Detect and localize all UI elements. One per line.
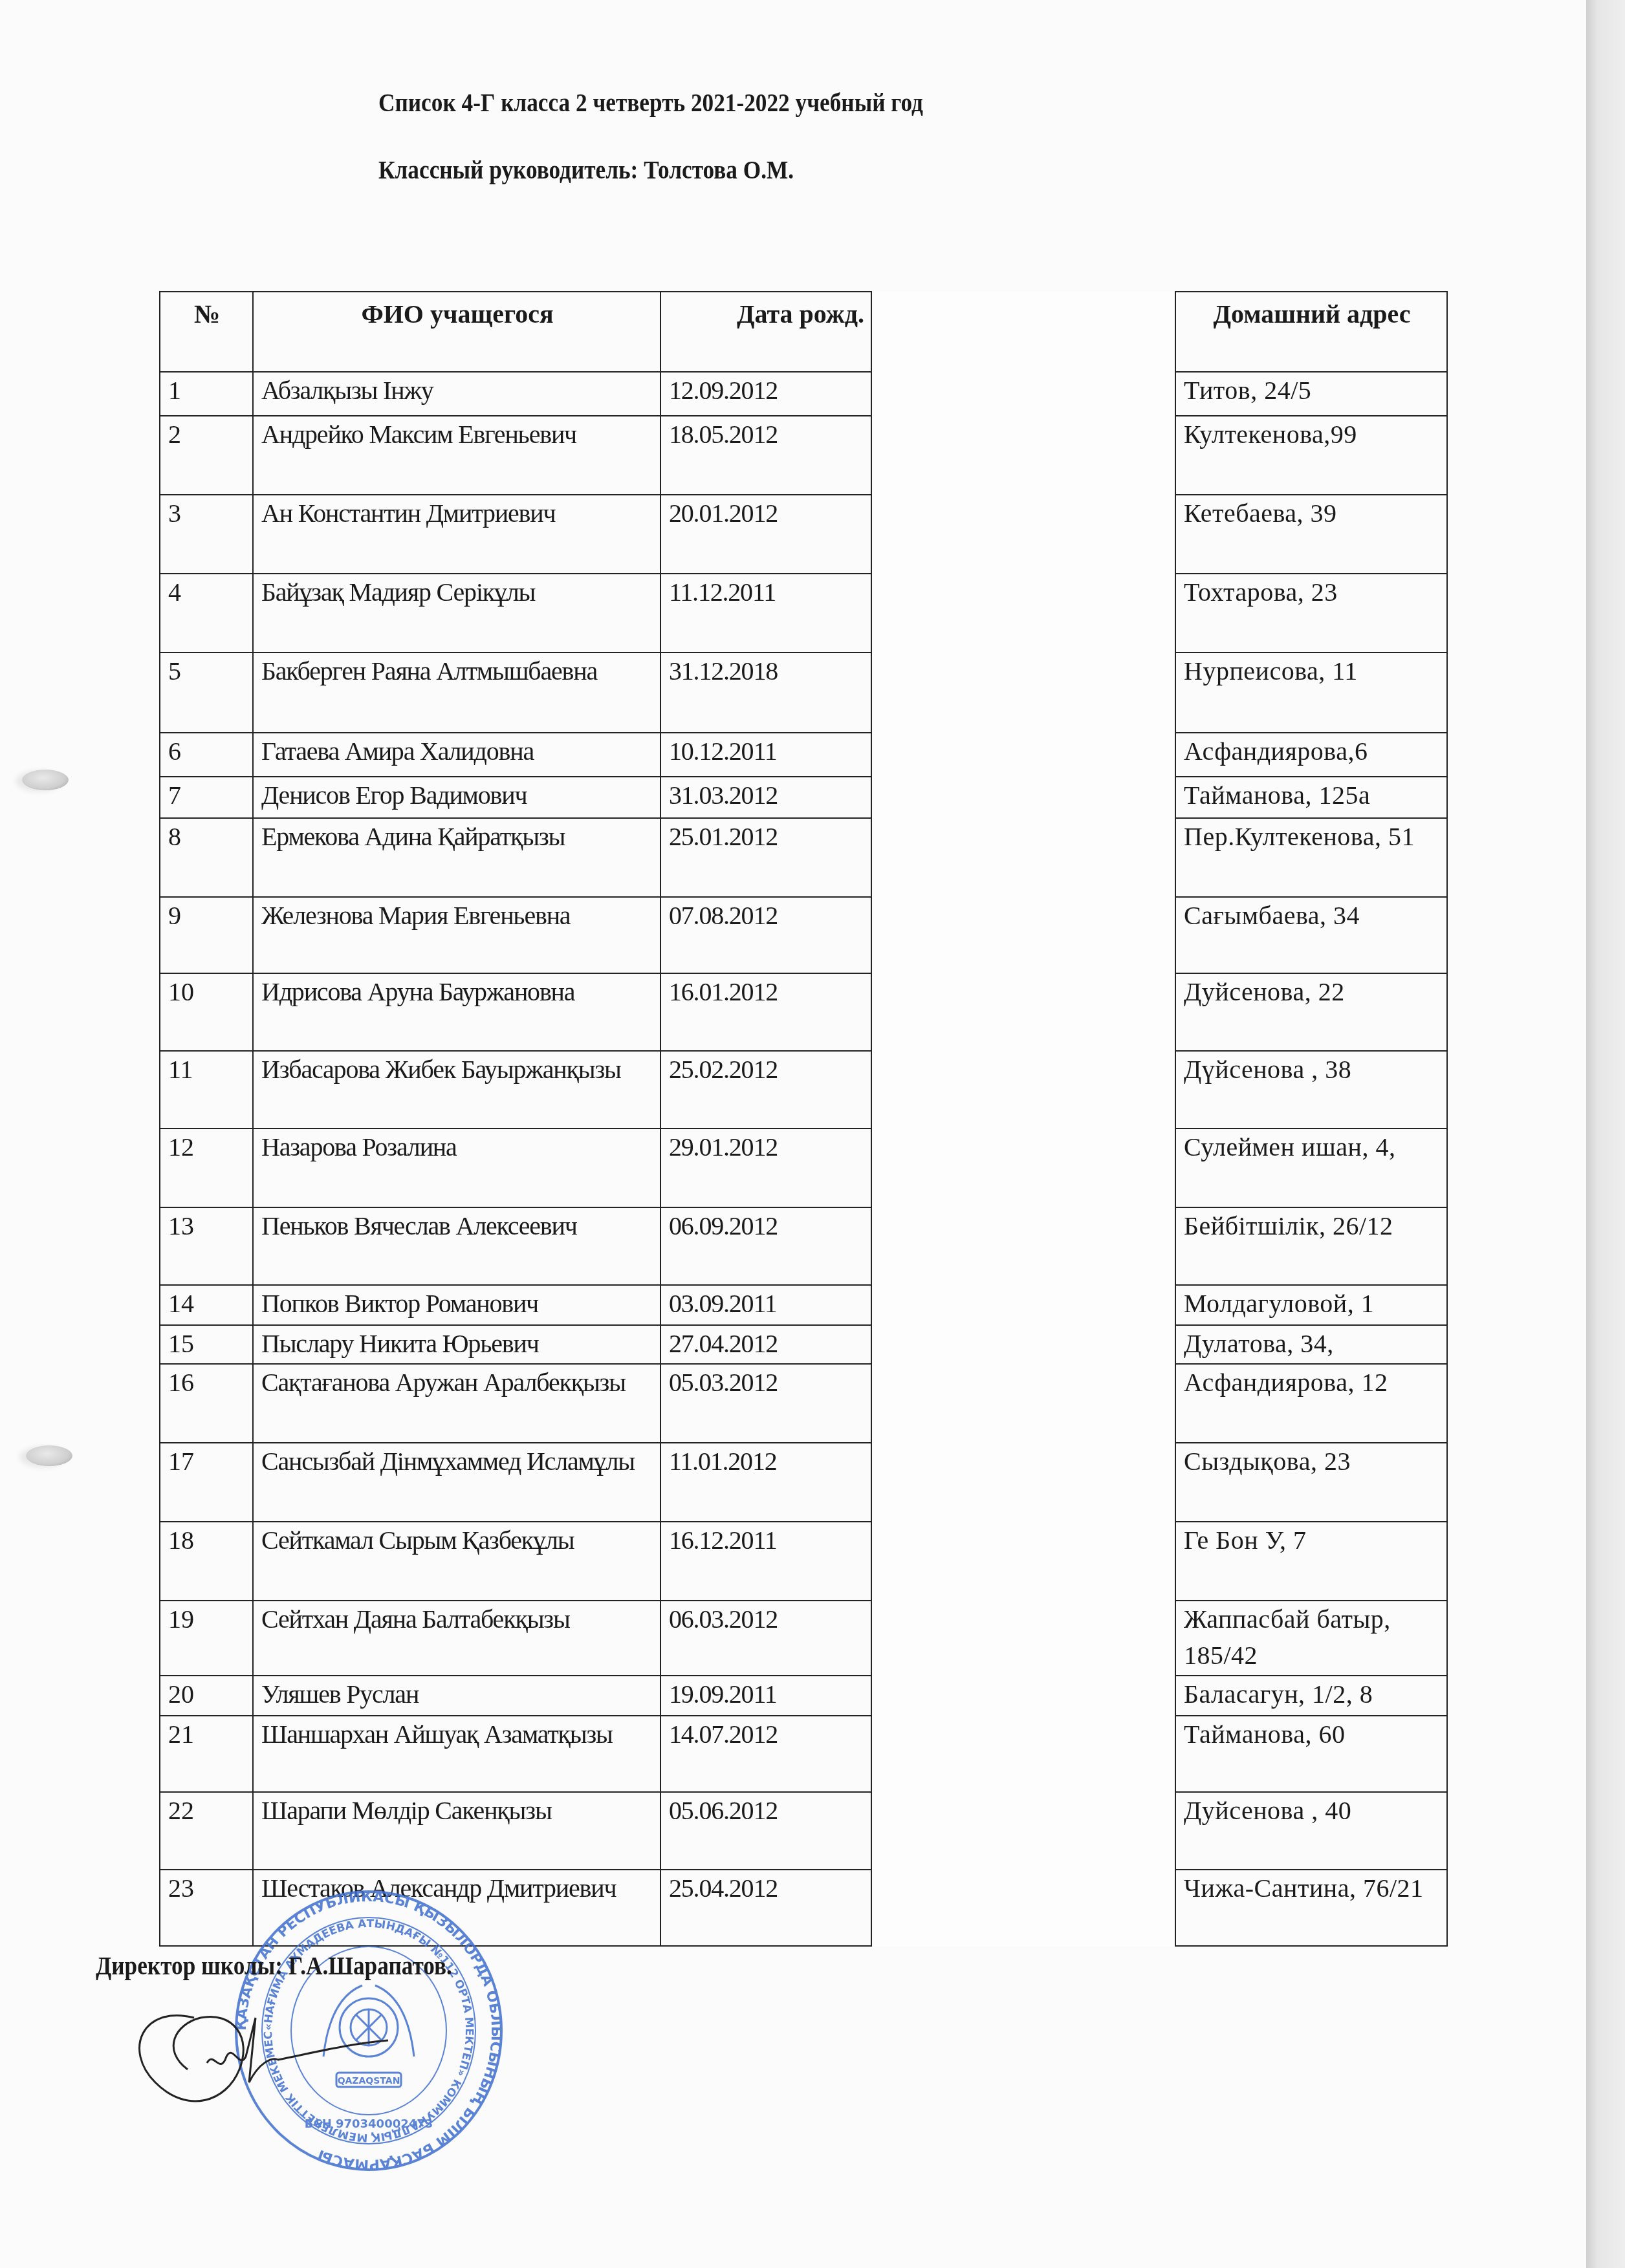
row-number: 2	[160, 416, 253, 495]
student-name: Пыслару Никита Юрьевич	[253, 1325, 660, 1364]
row-number: 7	[160, 777, 253, 818]
row-number: 14	[160, 1285, 253, 1325]
student-table: № ФИО учащегося Дата рожд. Домашний адре…	[159, 291, 1448, 1947]
row-number: 12	[160, 1129, 253, 1207]
student-address: Нурпеисова, 11	[1175, 653, 1447, 733]
blank-cell	[871, 1522, 1175, 1601]
table-row: 19Сейтхан Даяна Балтабекқызы06.03.2012Жа…	[160, 1601, 1447, 1676]
row-number: 6	[160, 733, 253, 777]
student-address: Асфандиярова,6	[1175, 733, 1447, 777]
row-number: 17	[160, 1443, 253, 1522]
table-row: 20Уляшев Руслан19.09.2011Баласагун, 1/2,…	[160, 1676, 1447, 1716]
table-row: 1Абзалқызы Інжу12.09.2012Титов, 24/5	[160, 372, 1447, 416]
student-name: Назарова Розалина	[253, 1129, 660, 1207]
table-row: 12Назарова Розалина29.01.2012Сулеймен иш…	[160, 1129, 1447, 1207]
table-row: 10Идрисова Аруна Бауржановна16.01.2012Ду…	[160, 973, 1447, 1051]
page-edge-shadow	[1586, 0, 1625, 2268]
table-row: 9Железнова Мария Евгеньевна07.08.2012Сағ…	[160, 897, 1447, 973]
row-number: 11	[160, 1051, 253, 1129]
row-number: 19	[160, 1601, 253, 1676]
student-address: Тайманова, 125а	[1175, 777, 1447, 818]
table-row: 5Бакберген Раяна Алтмышбаевна31.12.2018Н…	[160, 653, 1447, 733]
student-name: Избасарова Жибек Бауыржанқызы	[253, 1051, 660, 1129]
student-dob: 25.01.2012	[660, 818, 871, 897]
row-number: 15	[160, 1325, 253, 1364]
table-row: 3Ан Константин Дмитриевич20.01.2012Кетеб…	[160, 495, 1447, 574]
student-name: Шаншархан Айшуақ Азаматқызы	[253, 1716, 660, 1792]
document-title: Список 4-Г класса 2 четверть 2021-2022 у…	[378, 87, 923, 118]
signature-icon	[116, 1992, 414, 2121]
student-name: Попков Виктор Романович	[253, 1285, 660, 1325]
student-name: Шарапи Мөлдір Сакенқызы	[253, 1792, 660, 1870]
student-dob: 05.03.2012	[660, 1364, 871, 1443]
class-teacher: Классный руководитель: Толстова О.М.	[378, 154, 794, 185]
student-dob: 16.01.2012	[660, 973, 871, 1051]
blank-cell	[871, 372, 1175, 416]
student-dob: 11.12.2011	[660, 574, 871, 653]
student-name: Уляшев Руслан	[253, 1676, 660, 1716]
row-number: 21	[160, 1716, 253, 1792]
student-dob: 25.02.2012	[660, 1051, 871, 1129]
punch-hole	[26, 1445, 72, 1466]
table-row: 11Избасарова Жибек Бауыржанқызы25.02.201…	[160, 1051, 1447, 1129]
student-dob: 11.01.2012	[660, 1443, 871, 1522]
blank-cell	[871, 1716, 1175, 1792]
blank-cell	[871, 1870, 1175, 1946]
table-row: 17Сансызбай Дінмұхаммед Исламұлы11.01.20…	[160, 1443, 1447, 1522]
row-number: 5	[160, 653, 253, 733]
row-number: 16	[160, 1364, 253, 1443]
student-name: Денисов Егор Вадимович	[253, 777, 660, 818]
blank-cell	[871, 1129, 1175, 1207]
student-address: Чижа-Сантина, 76/21	[1175, 1870, 1447, 1946]
student-name: Байұзақ Мадияр Серікұлы	[253, 574, 660, 653]
student-address: Ге Бон У, 7	[1175, 1522, 1447, 1601]
student-dob: 12.09.2012	[660, 372, 871, 416]
student-address: Дуйсенова , 40	[1175, 1792, 1447, 1870]
row-number: 20	[160, 1676, 253, 1716]
blank-cell	[871, 1676, 1175, 1716]
student-address: Тайманова, 60	[1175, 1716, 1447, 1792]
student-dob: 19.09.2011	[660, 1676, 871, 1716]
blank-cell	[871, 973, 1175, 1051]
director-signature-line: Директор школы: Г.А.Шарапатов.	[96, 1950, 452, 1981]
student-address: Дулатова, 34,	[1175, 1325, 1447, 1364]
student-address: Жаппасбай батыр, 185/42	[1175, 1601, 1447, 1676]
student-name: Андрейко Максим Евгеньевич	[253, 416, 660, 495]
student-address: Титов, 24/5	[1175, 372, 1447, 416]
student-address: Сыздықова, 23	[1175, 1443, 1447, 1522]
student-address: Бейбітшілік, 26/12	[1175, 1207, 1447, 1285]
header-num: №	[160, 292, 253, 372]
table-row: 21Шаншархан Айшуақ Азаматқызы14.07.2012Т…	[160, 1716, 1447, 1792]
student-name: Ан Константин Дмитриевич	[253, 495, 660, 574]
student-address: Асфандиярова, 12	[1175, 1364, 1447, 1443]
student-dob: 06.09.2012	[660, 1207, 871, 1285]
table-row: 16Сақтағанова Аружан Аралбекқызы05.03.20…	[160, 1364, 1447, 1443]
student-address: Сағымбаева, 34	[1175, 897, 1447, 973]
student-dob: 05.06.2012	[660, 1792, 871, 1870]
student-name: Пеньков Вячеслав Алексеевич	[253, 1207, 660, 1285]
row-number: 9	[160, 897, 253, 973]
table-row: 15Пыслару Никита Юрьевич27.04.2012Дулато…	[160, 1325, 1447, 1364]
header-address: Домашний адрес	[1175, 292, 1447, 372]
table-row: 2Андрейко Максим Евгеньевич18.05.2012Кул…	[160, 416, 1447, 495]
blank-cell	[871, 1325, 1175, 1364]
student-name: Сансызбай Дінмұхаммед Исламұлы	[253, 1443, 660, 1522]
student-address: Молдагуловой, 1	[1175, 1285, 1447, 1325]
blank-cell	[871, 1364, 1175, 1443]
row-number: 10	[160, 973, 253, 1051]
row-number: 3	[160, 495, 253, 574]
table-row: 8Ермекова Адина Қайратқызы25.01.2012Пер.…	[160, 818, 1447, 897]
student-dob: 10.12.2011	[660, 733, 871, 777]
student-dob: 14.07.2012	[660, 1716, 871, 1792]
blank-cell	[871, 653, 1175, 733]
student-dob: 31.03.2012	[660, 777, 871, 818]
blank-cell	[871, 897, 1175, 973]
table-row: 14Попков Виктор Романович03.09.2011Молда…	[160, 1285, 1447, 1325]
student-dob: 27.04.2012	[660, 1325, 871, 1364]
student-address: Дүйсенова , 38	[1175, 1051, 1447, 1129]
blank-cell	[871, 416, 1175, 495]
blank-cell	[871, 1443, 1175, 1522]
blank-cell	[871, 733, 1175, 777]
student-address: Пер.Култекенова, 51	[1175, 818, 1447, 897]
blank-cell	[871, 495, 1175, 574]
blank-cell	[871, 1285, 1175, 1325]
student-address: Тохтарова, 23	[1175, 574, 1447, 653]
student-dob: 31.12.2018	[660, 653, 871, 733]
blank-cell	[871, 818, 1175, 897]
table-row: 4Байұзақ Мадияр Серікұлы11.12.2011Тохтар…	[160, 574, 1447, 653]
student-address: Баласагун, 1/2, 8	[1175, 1676, 1447, 1716]
student-dob: 20.01.2012	[660, 495, 871, 574]
student-address: Сулеймен ишан, 4,	[1175, 1129, 1447, 1207]
student-name: Сақтағанова Аружан Аралбекқызы	[253, 1364, 660, 1443]
student-address: Култекенова,99	[1175, 416, 1447, 495]
student-dob: 18.05.2012	[660, 416, 871, 495]
header-name: ФИО учащегося	[253, 292, 660, 372]
student-name: Абзалқызы Інжу	[253, 372, 660, 416]
header-dob: Дата рожд.	[660, 292, 871, 372]
student-name: Железнова Мария Евгеньевна	[253, 897, 660, 973]
table-row: 22Шарапи Мөлдір Сакенқызы05.06.2012Дуйсе…	[160, 1792, 1447, 1870]
blank-cell	[871, 1601, 1175, 1676]
student-dob: 25.04.2012	[660, 1870, 871, 1946]
student-name: Идрисова Аруна Бауржановна	[253, 973, 660, 1051]
table-row: 13Пеньков Вячеслав Алексеевич06.09.2012Б…	[160, 1207, 1447, 1285]
blank-cell	[871, 777, 1175, 818]
header-blank-column	[871, 292, 1175, 372]
table-row: 18Сейткамал Сырым Қазбекұлы16.12.2011Ге …	[160, 1522, 1447, 1601]
student-address: Кетебаева, 39	[1175, 495, 1447, 574]
punch-hole	[22, 770, 69, 790]
student-name: Ермекова Адина Қайратқызы	[253, 818, 660, 897]
blank-cell	[871, 1792, 1175, 1870]
student-name: Сейткамал Сырым Қазбекұлы	[253, 1522, 660, 1601]
row-number: 4	[160, 574, 253, 653]
student-name: Гатаева Амира Халидовна	[253, 733, 660, 777]
table-row: 7Денисов Егор Вадимович31.03.2012Таймано…	[160, 777, 1447, 818]
row-number: 1	[160, 372, 253, 416]
blank-cell	[871, 574, 1175, 653]
student-dob: 16.12.2011	[660, 1522, 871, 1601]
table-row: 6Гатаева Амира Халидовна10.12.2011Асфанд…	[160, 733, 1447, 777]
blank-cell	[871, 1207, 1175, 1285]
row-number: 22	[160, 1792, 253, 1870]
student-dob: 06.03.2012	[660, 1601, 871, 1676]
table-header-row: № ФИО учащегося Дата рожд. Домашний адре…	[160, 292, 1447, 372]
student-dob: 03.09.2011	[660, 1285, 871, 1325]
student-name: Сейтхан Даяна Балтабекқызы	[253, 1601, 660, 1676]
student-dob: 07.08.2012	[660, 897, 871, 973]
row-number: 18	[160, 1522, 253, 1601]
row-number: 13	[160, 1207, 253, 1285]
student-dob: 29.01.2012	[660, 1129, 871, 1207]
student-address: Дуйсенова, 22	[1175, 973, 1447, 1051]
row-number: 8	[160, 818, 253, 897]
blank-cell	[871, 1051, 1175, 1129]
student-name: Бакберген Раяна Алтмышбаевна	[253, 653, 660, 733]
